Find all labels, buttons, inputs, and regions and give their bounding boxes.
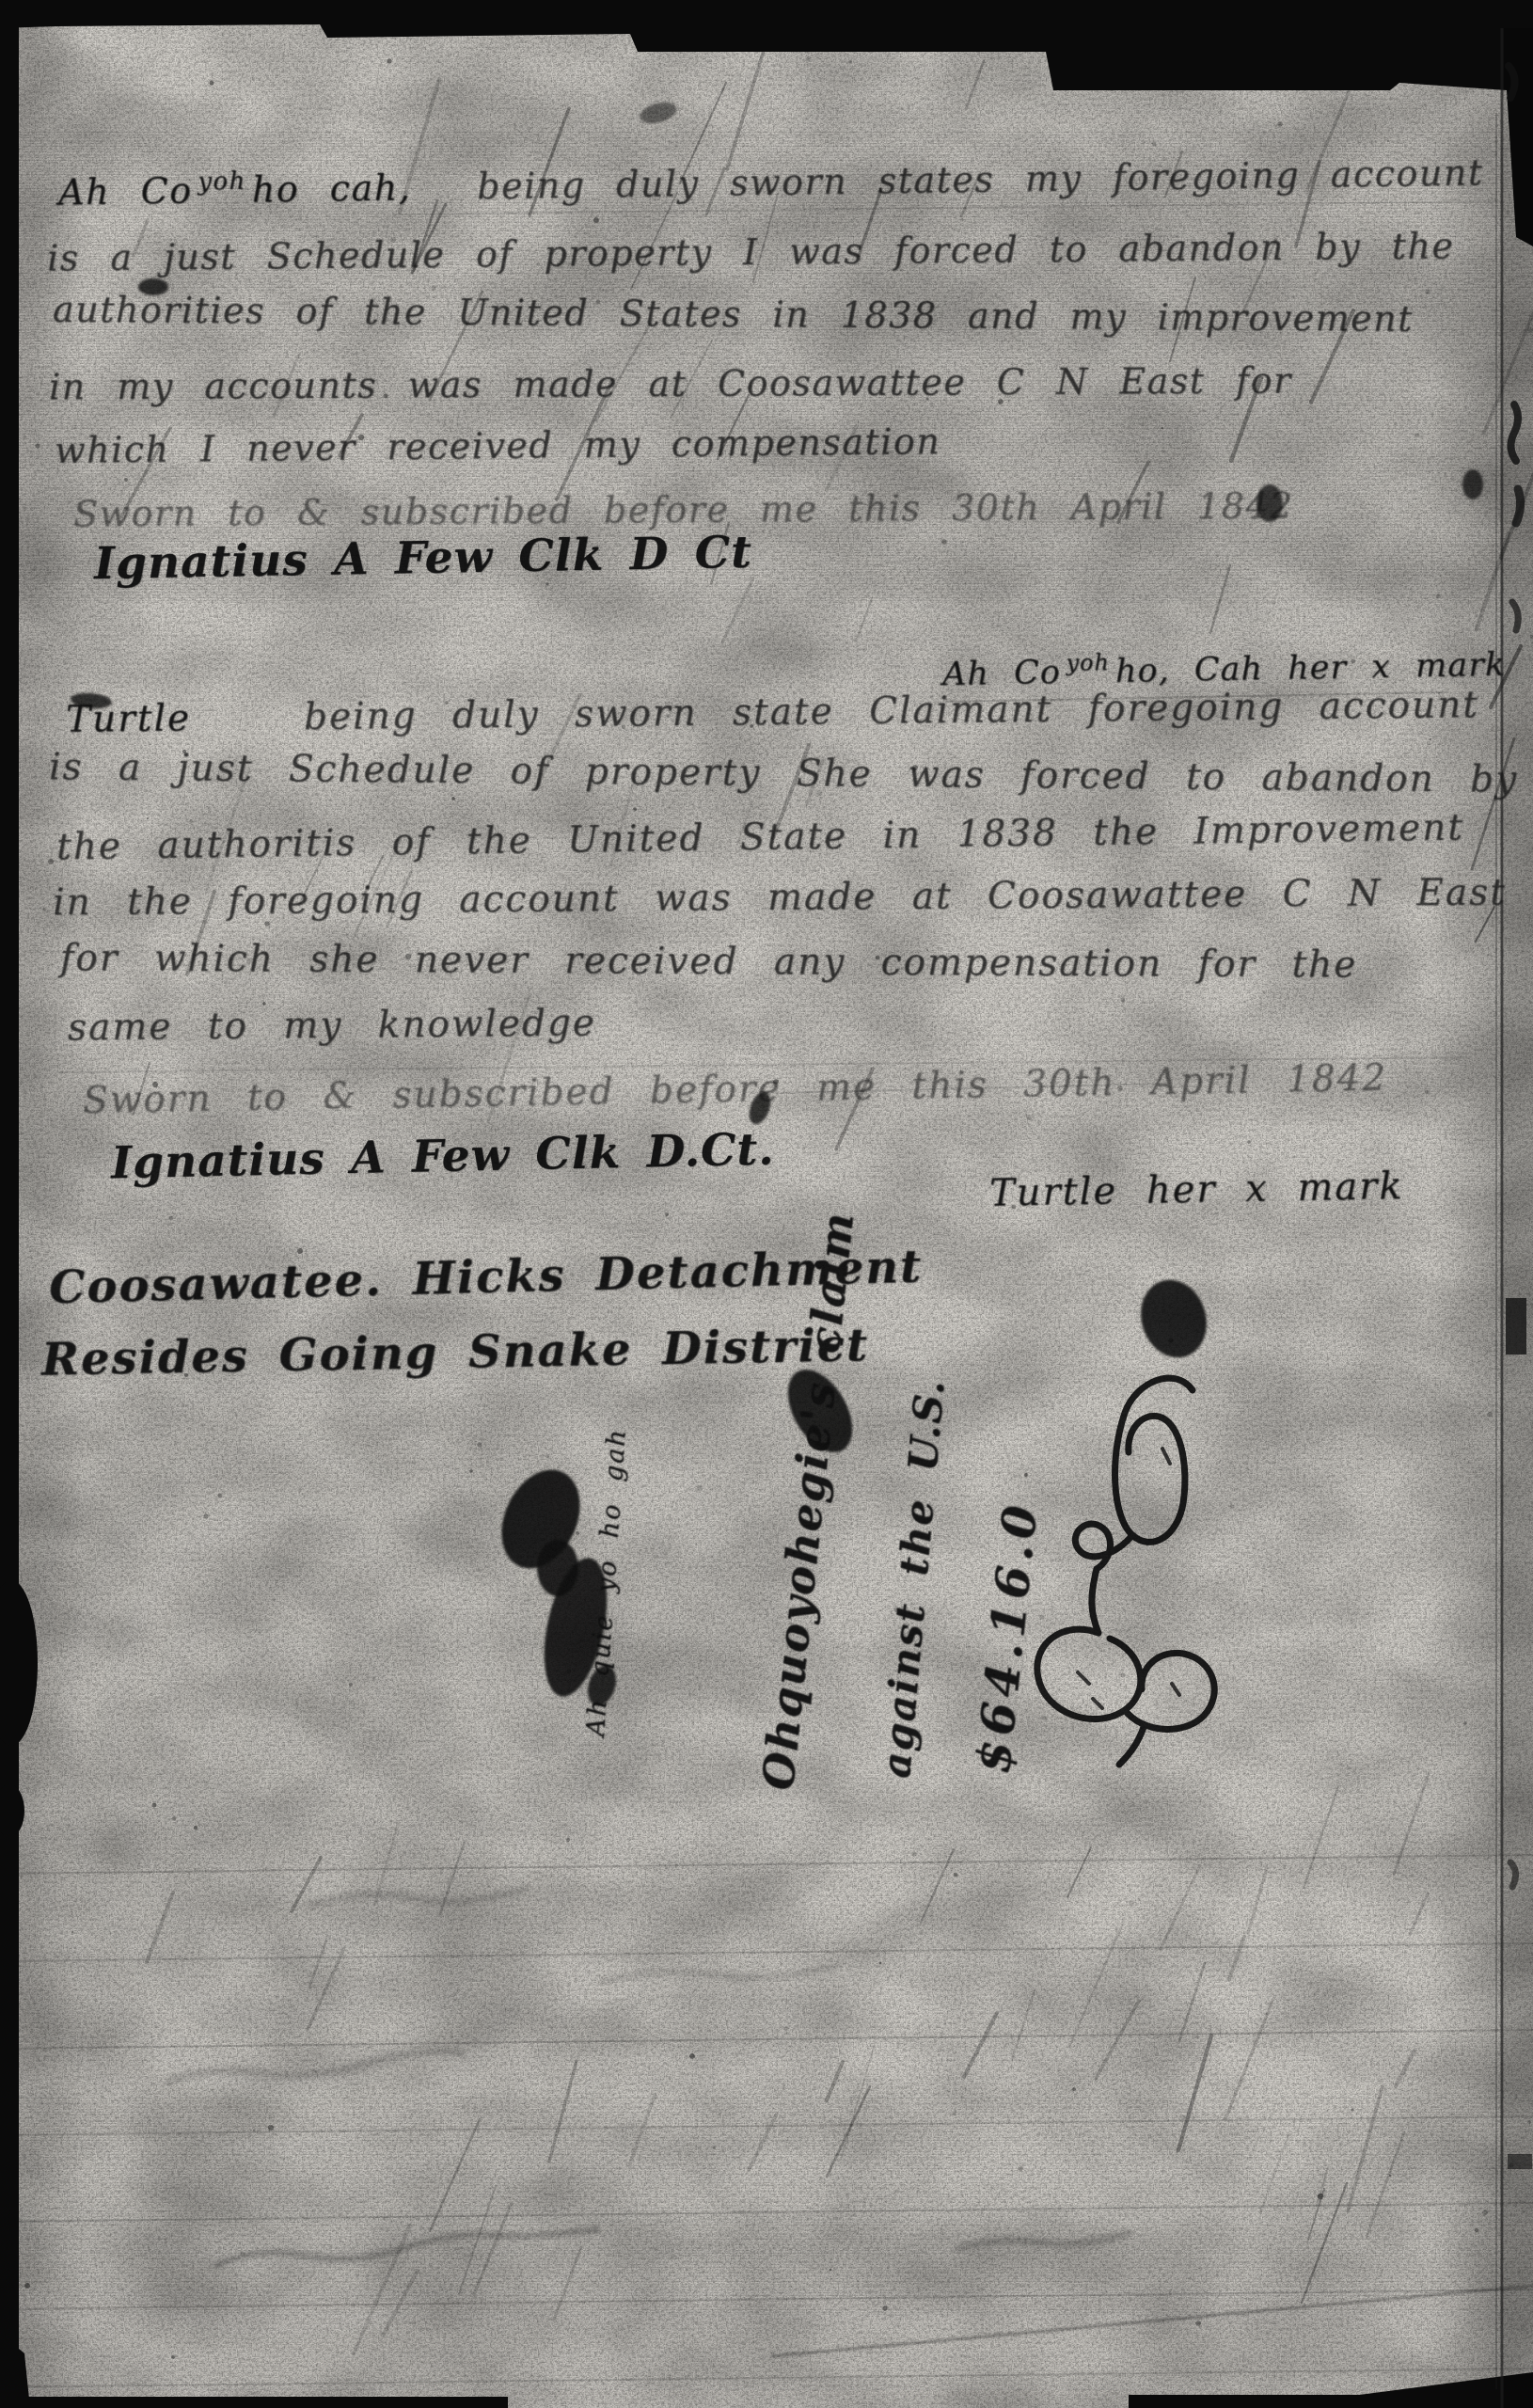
affidavit2-line6: same to my knowledge: [68, 1003, 596, 1050]
gap-spacer: [191, 729, 304, 730]
affidavit2-inserted-word: yoh: [1066, 649, 1110, 676]
affidavit2-line5: for which she never received any compens…: [60, 937, 1358, 986]
affidavit2-heading-name: Ah Co: [942, 654, 1061, 693]
affidavit1-inserted-word: yoh: [198, 167, 246, 197]
scanned-document-page: Ah Coyohho cah,being duly sworn states m…: [0, 0, 1533, 2408]
affidavit2-claimant-name: Turtle: [66, 697, 191, 740]
affidavit1-line4: in my accounts was made at Coosawattee C…: [49, 360, 1292, 408]
affidavit1-claimant-name-cont: ho cah,: [251, 166, 411, 210]
affidavit2-mark-line: Turtle her x mark: [989, 1164, 1404, 1215]
affidavit1-claimant-name: Ah Co: [58, 170, 193, 214]
gap-spacer: [411, 198, 477, 199]
